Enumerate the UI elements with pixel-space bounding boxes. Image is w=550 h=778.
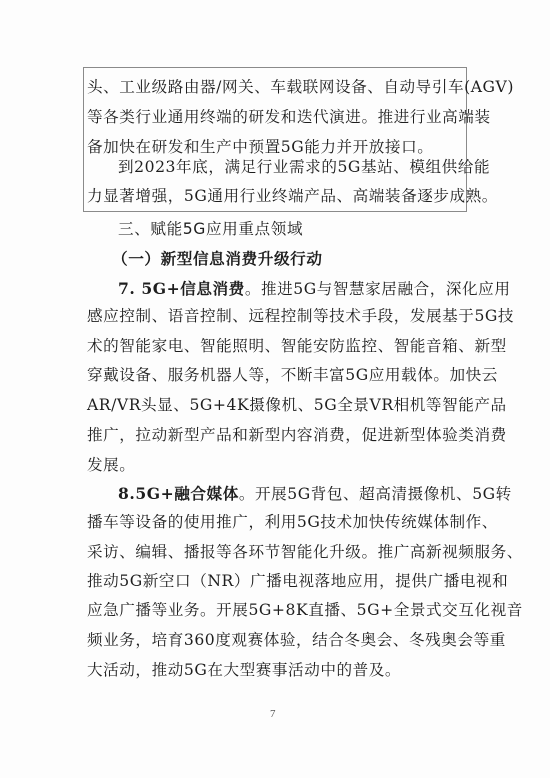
item8-line: 应急广播等业务。开展5G+8K直播、5G+全景式交互化视音	[87, 600, 467, 620]
item8-text: 。开展5G背包、超高清摄像机、5G转	[239, 485, 512, 503]
box-line: 到2023年底，满足行业需求的5G基站、模组供给能	[118, 157, 467, 177]
item7-line: 推广，拉动新型产品和新型内容消费，促进新型体验类消费	[87, 425, 467, 445]
item7-first-line: 7. 5G+信息消费。推进5G与智慧家居融合，深化应用	[118, 279, 467, 299]
item7-line: AR/VR头显、5G+4K摄像机、5G全景VR相机等智能产品	[87, 395, 467, 415]
item8-line: 频业务，培育360度观赛体验，结合冬奥会、冬残奥会等重	[87, 630, 467, 650]
box-line: 备加快在研发和生产中预置5G能力并开放接口。	[87, 137, 467, 157]
item7-title: 7. 5G+信息消费	[118, 279, 245, 298]
item8-first-line: 8.5G+融合媒体。开展5G背包、超高清摄像机、5G转	[118, 484, 467, 504]
section-heading: 三、赋能5G应用重点领域	[118, 219, 303, 239]
subsection-heading: （一）新型信息消费升级行动	[112, 249, 323, 269]
item8-line: 采访、编辑、播报等各环节智能化升级。推广高新视频服务、	[87, 542, 467, 562]
item7-line: 感应控制、语音控制、远程控制等技术手段，发展基于5G技	[87, 306, 467, 326]
item8-title: 8.5G+融合媒体	[118, 484, 239, 503]
item7-line: 穿戴设备、服务机器人等，不断丰富5G应用载体。加快云	[87, 365, 467, 385]
item8-line: 推动5G新空口（NR）广播电视落地应用，提供广播电视和	[87, 571, 467, 591]
box-line: 等各类行业通用终端的研发和迭代演进。推进行业高端装	[87, 107, 467, 127]
item7-text: 。推进5G与智慧家居融合，深化应用	[245, 280, 511, 298]
box-line: 力显著增强，5G通用行业终端产品、高端装备逐步成熟。	[87, 186, 467, 206]
item8-line: 大活动，推动5G在大型赛事活动中的普及。	[87, 660, 467, 680]
item8-line: 播车等设备的使用推广，利用5G技术加快传统媒体制作、	[87, 512, 467, 532]
item7-line: 术的智能家电、智能照明、智能安防监控、智能音箱、新型	[87, 336, 467, 356]
item7-line: 发展。	[87, 455, 467, 475]
page-number: 7	[270, 708, 276, 720]
document-page: 头、工业级路由器/网关、车载联网设备、自动导引车(AGV) 等各类行业通用终端的…	[0, 0, 550, 778]
box-line: 头、工业级路由器/网关、车载联网设备、自动导引车(AGV)	[87, 77, 467, 97]
